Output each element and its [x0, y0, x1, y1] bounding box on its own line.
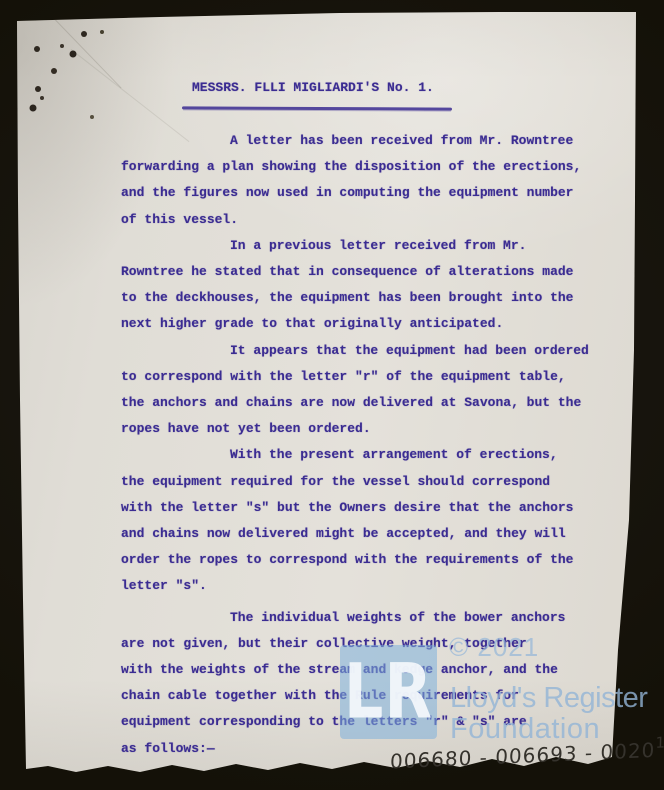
reference-number: 006680 - 006693 - 0020	[390, 738, 656, 774]
paragraph: A letter has been received from Mr. Rown…	[121, 128, 626, 233]
watermark-org-line1: Lloyd's Register	[450, 682, 647, 715]
typed-line: A letter has been received from Mr. Rown…	[121, 128, 626, 154]
watermark-copyright: © 2021	[449, 632, 539, 663]
scan-background: MESSRS. FLLI MIGLIARDI'S No. 1. A letter…	[0, 0, 664, 790]
fraction-numerator: 1	[655, 733, 664, 751]
typed-line: letter "s".	[121, 573, 626, 599]
typed-line: and chains now delivered might be accept…	[121, 521, 626, 547]
typed-line: of this vessel.	[121, 207, 626, 233]
logo-letters: LR	[344, 646, 433, 735]
lloyds-register-logo-icon: LR	[340, 645, 437, 739]
paragraph: It appears that the equipment had been o…	[121, 338, 626, 443]
typed-line: It appears that the equipment had been o…	[121, 338, 626, 364]
typed-line: with the letter "s" but the Owners desir…	[121, 495, 626, 521]
typed-line: to correspond with the letter "r" of the…	[121, 364, 626, 390]
typed-line: The individual weights of the bower anch…	[121, 605, 626, 631]
typed-line: ropes have not yet been ordered.	[121, 416, 626, 442]
typed-line: the equipment required for the vessel sh…	[121, 469, 626, 495]
typed-line: Rowntree he stated that in consequence o…	[121, 259, 626, 285]
typed-line: next higher grade to that originally ant…	[121, 311, 626, 337]
typed-line: the anchors and chains are now delivered…	[121, 390, 626, 416]
paragraph: In a previous letter received from Mr.Ro…	[121, 233, 626, 338]
title-underline	[182, 106, 452, 110]
document-title: MESSRS. FLLI MIGLIARDI'S No. 1.	[192, 80, 434, 95]
typed-line: to the deckhouses, the equipment has bee…	[121, 285, 626, 311]
typed-line: and the figures now used in computing th…	[121, 180, 626, 206]
typed-line: In a previous letter received from Mr.	[121, 233, 626, 259]
typed-line: order the ropes to correspond with the r…	[121, 547, 626, 573]
staple-holes	[0, 0, 4, 4]
typed-line: With the present arrangement of erection…	[121, 442, 626, 468]
paper-crease	[44, 9, 121, 89]
paper-sheet: MESSRS. FLLI MIGLIARDI'S No. 1. A letter…	[0, 0, 664, 790]
typed-line: forwarding a plan showing the dispositio…	[121, 154, 626, 180]
paragraph: With the present arrangement of erection…	[121, 442, 626, 599]
